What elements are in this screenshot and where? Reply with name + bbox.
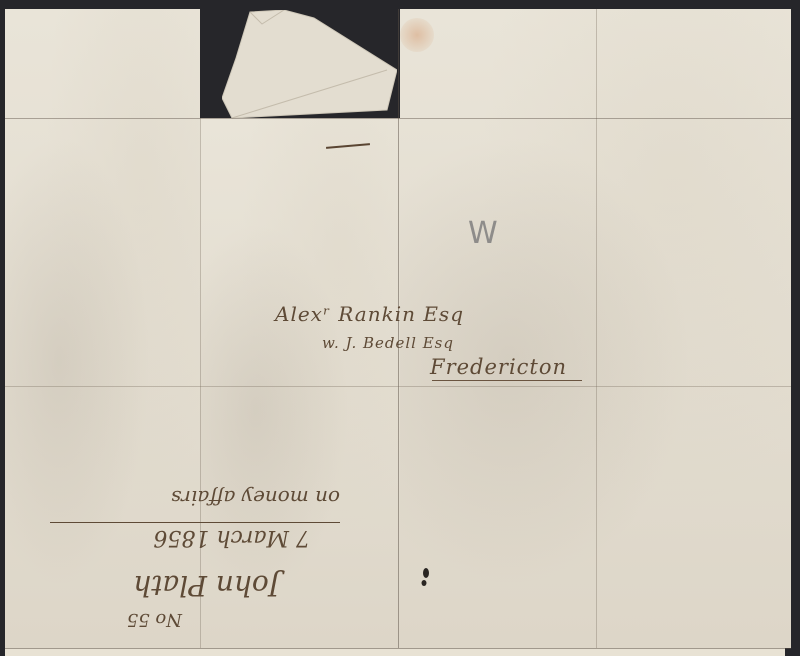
docket-name: John Plath	[133, 569, 280, 602]
docket-date: 7 March 1856	[153, 525, 310, 550]
pencil-mark: W	[468, 216, 498, 251]
docket-number: No 55	[127, 609, 182, 630]
docket-rule	[50, 522, 340, 523]
docket-subject: on money affairs	[171, 486, 340, 510]
address-recipient: Alexʳ Rankin Esq	[275, 302, 464, 326]
torn-flap	[222, 10, 397, 120]
address-city: Fredericton	[430, 355, 567, 379]
address-underline	[432, 380, 582, 381]
fold-line	[5, 386, 791, 387]
docket-inscription: No 55 John Plath 7 March 1856 on money a…	[40, 460, 350, 650]
fold-line	[398, 9, 399, 648]
wax-seal-stain	[400, 18, 434, 52]
address-care-of: w. J. Bedell Esq	[322, 334, 454, 352]
ink-blot-icon	[420, 567, 430, 589]
fold-line	[596, 9, 597, 648]
fold-line	[5, 118, 791, 119]
flap-shape-icon	[222, 10, 397, 120]
